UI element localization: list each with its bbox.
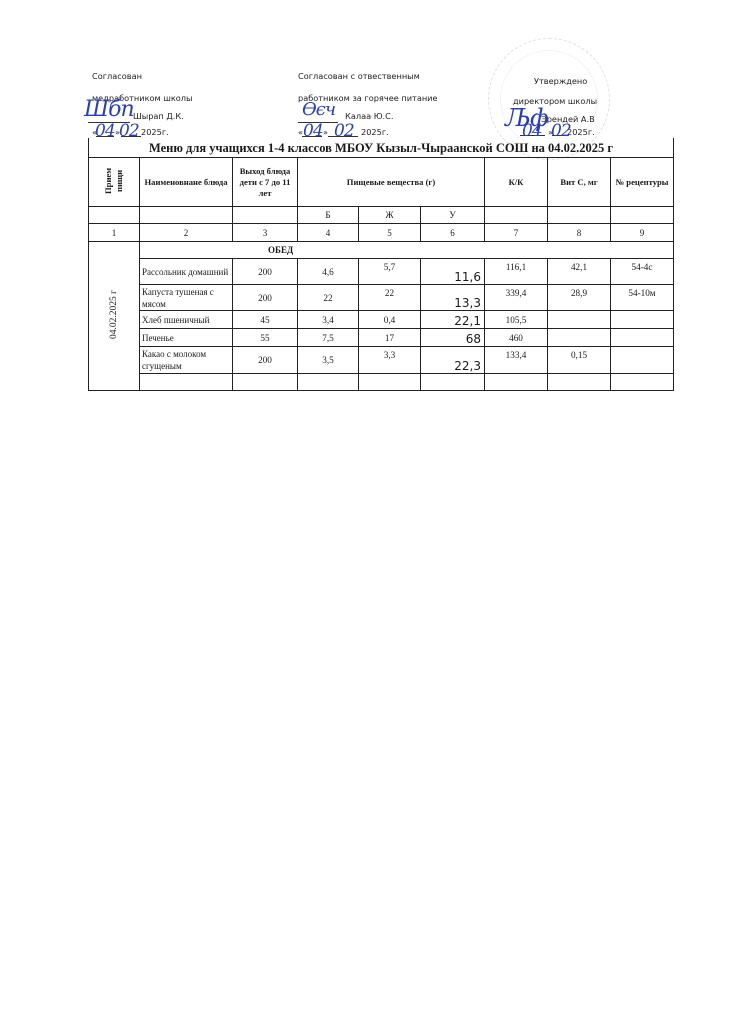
- dish-protein: 4,6: [298, 259, 359, 285]
- dish-carbs: 22,3: [421, 347, 485, 374]
- column-number: 4: [298, 224, 359, 242]
- dish-protein: 3,4: [298, 311, 359, 329]
- dish-yield: 45: [233, 311, 298, 329]
- dish-name: Капуста тушеная с мясом: [140, 285, 233, 311]
- dish-fat: 0,4: [359, 311, 421, 329]
- table-row: Хлеб пшеничный 45 3,4 0,4 22,1 105,5: [89, 311, 674, 329]
- approval-block: Согласован медработником школы Шырап Д.К…: [0, 0, 744, 140]
- dish-name: Хлеб пшеничный: [140, 311, 233, 329]
- dish-name: Печенье: [140, 329, 233, 347]
- column-number: 1: [89, 224, 140, 242]
- approval-year: 2025г.: [141, 127, 169, 137]
- date-month-line: [552, 135, 568, 136]
- dish-yield: 200: [233, 285, 298, 311]
- header-meal: Прием пищи: [89, 158, 140, 207]
- dish-fat: 5,7: [359, 259, 421, 285]
- dish-vitc: [548, 311, 611, 329]
- column-number: 8: [548, 224, 611, 242]
- dish-carbs: 68: [421, 329, 485, 347]
- date-month-line: [328, 136, 358, 137]
- empty-cell: [421, 374, 485, 391]
- approval-year: 2025г.: [567, 127, 595, 137]
- dish-vitc: 42,1: [548, 259, 611, 285]
- header-dish: Наименовнане блюда: [140, 158, 233, 207]
- dish-kcal: 133,4: [485, 347, 548, 374]
- table-row: Печенье 55 7,5 17 68 460: [89, 329, 674, 347]
- dish-recipe: [611, 311, 674, 329]
- dish-protein: 3,5: [298, 347, 359, 374]
- dish-kcal: 460: [485, 329, 548, 347]
- dish-fat: 17: [359, 329, 421, 347]
- header-yield: Выход блюда дети с 7 до 11 лет: [233, 158, 298, 207]
- approval-line1: Утверждено: [534, 76, 587, 86]
- table-row: Рассольник домашний 200 4,6 5,7 11,6 116…: [89, 259, 674, 285]
- column-number: 6: [421, 224, 485, 242]
- empty-cell: [298, 374, 359, 391]
- empty-cell: [140, 374, 233, 391]
- date-day-line: [96, 136, 114, 137]
- date-close-quote: »: [115, 127, 120, 137]
- meal-date: 04.02.2025 г: [109, 290, 119, 339]
- subheader-empty: [548, 207, 611, 224]
- signature-line: [88, 122, 130, 123]
- table-row: Капуста тушеная с мясом 200 22 22 13,3 3…: [89, 285, 674, 311]
- approval-line2: директором школы: [513, 96, 597, 106]
- date-day-line: [520, 135, 545, 136]
- dish-protein: 7,5: [298, 329, 359, 347]
- table-row-empty: [89, 374, 674, 391]
- column-number: 3: [233, 224, 298, 242]
- header-vitc: Вит С, мг: [548, 158, 611, 207]
- dish-vitc: 0,15: [548, 347, 611, 374]
- approval-line1: Согласован с отвественным: [298, 71, 420, 81]
- dish-recipe: [611, 347, 674, 374]
- dish-carbs: 22,1: [421, 311, 485, 329]
- menu-title: Меню для учащихся 1-4 классов МБОУ Кызыл…: [89, 138, 674, 158]
- column-number: 7: [485, 224, 548, 242]
- meal-name: ОБЕД: [140, 242, 674, 259]
- approval-line2: медработником школы: [92, 93, 192, 103]
- dish-yield: 200: [233, 259, 298, 285]
- subheader-empty: [140, 207, 233, 224]
- empty-cell: [359, 374, 421, 391]
- header-meal-label: Прием пищи: [103, 159, 125, 203]
- approval-year: 2025г.: [361, 127, 389, 137]
- date-month-line: [121, 136, 141, 137]
- dish-name: Рассольник домашний: [140, 259, 233, 285]
- subheader-empty: [485, 207, 548, 224]
- dish-name-text: Рассольник домашний: [142, 267, 228, 277]
- dish-kcal: 105,5: [485, 311, 548, 329]
- dish-yield: 200: [233, 347, 298, 374]
- subheader-protein: Б: [298, 207, 359, 224]
- signature-line: [298, 122, 338, 123]
- dish-kcal: 116,1: [485, 259, 548, 285]
- subheader-empty: [89, 207, 140, 224]
- subheader-empty: [233, 207, 298, 224]
- dish-recipe: 54-10м: [611, 285, 674, 311]
- column-number: 9: [611, 224, 674, 242]
- dish-name: Какао с молоком сгущеным: [140, 347, 233, 374]
- dish-kcal: 339,4: [485, 285, 548, 311]
- subheader-fat: Ж: [359, 207, 421, 224]
- dish-vitc: [548, 329, 611, 347]
- approval-line2: работником за горячее питание: [298, 93, 438, 103]
- header-kcal: К/К: [485, 158, 548, 207]
- dish-yield: 55: [233, 329, 298, 347]
- subheader-carbs: У: [421, 207, 485, 224]
- date-day-line: [302, 136, 322, 137]
- dish-protein: 22: [298, 285, 359, 311]
- column-number: 2: [140, 224, 233, 242]
- dish-fat: 3,3: [359, 347, 421, 374]
- dish-recipe: 54-4с: [611, 259, 674, 285]
- empty-cell: [611, 374, 674, 391]
- approval-name: Эрендей А.В: [541, 114, 595, 124]
- menu-table: Меню для учащихся 1-4 классов МБОУ Кызыл…: [88, 138, 674, 391]
- approval-name: Шырап Д.К.: [133, 111, 184, 121]
- dish-carbs: 13,3: [421, 285, 485, 311]
- meal-date-cell: 04.02.2025 г: [89, 242, 140, 391]
- empty-cell: [233, 374, 298, 391]
- dish-fat: 22: [359, 285, 421, 311]
- empty-cell: [548, 374, 611, 391]
- empty-cell: [485, 374, 548, 391]
- dish-vitc: 28,9: [548, 285, 611, 311]
- subheader-empty: [611, 207, 674, 224]
- column-number: 5: [359, 224, 421, 242]
- header-nutrients: Пищевые вещества (г): [298, 158, 485, 207]
- dish-recipe: [611, 329, 674, 347]
- dish-carbs: 11,6: [421, 259, 485, 285]
- header-recipe: № рецептуры: [611, 158, 674, 207]
- table-row: Какао с молоком сгущеным 200 3,5 3,3 22,…: [89, 347, 674, 374]
- approval-line1: Согласован: [92, 71, 142, 81]
- approval-name: Калаа Ю.С.: [345, 111, 393, 121]
